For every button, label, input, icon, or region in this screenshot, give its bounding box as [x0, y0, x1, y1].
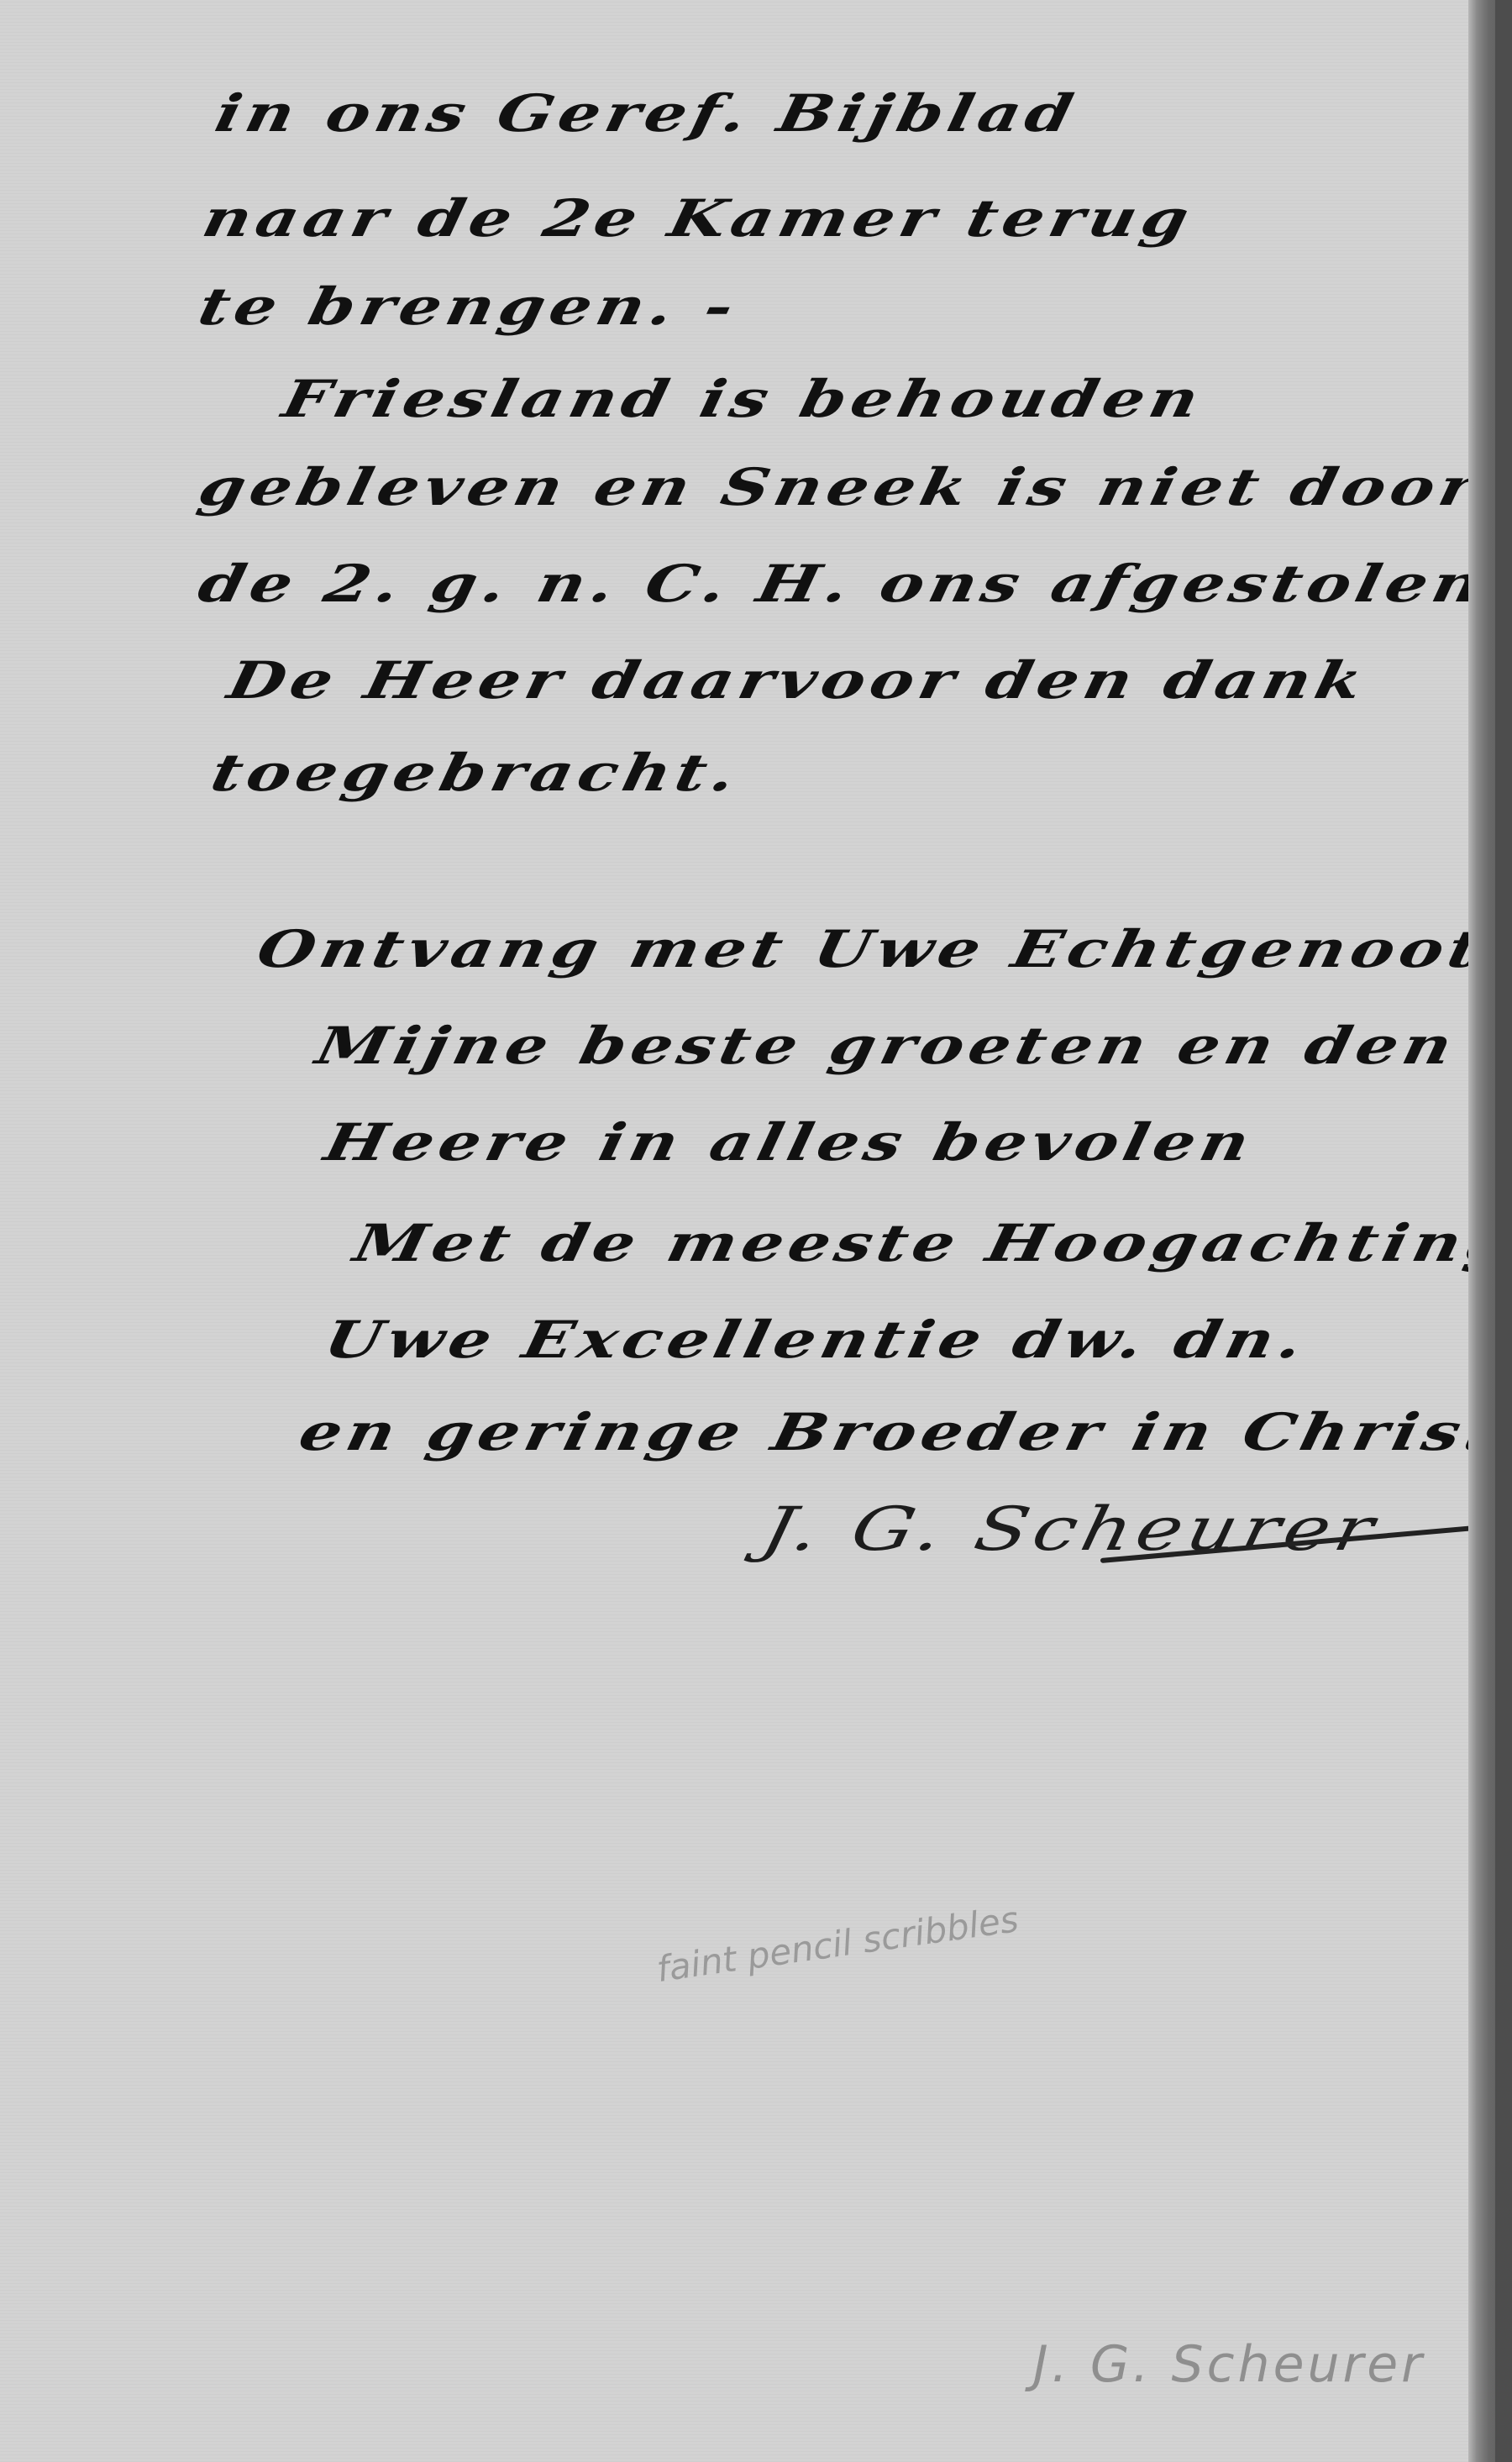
closing-line-4: Met de meeste Hoogachting [349, 1214, 1512, 1273]
pencil-marks: faint pencil scribbles [654, 1898, 1021, 1990]
signature: J. G. Scheurer [756, 1494, 1385, 1564]
body-line-4: Friesland is behouden [277, 370, 1209, 429]
body-line-8: toegebracht. [206, 743, 746, 803]
body-line-7: De Heer daarvoor den dank [223, 651, 1373, 711]
closing-line-2: Mijne beste groeten en den [311, 1016, 1462, 1076]
closing-line-5: Uwe Excellentie dw. dn. [319, 1310, 1313, 1370]
body-line-5: gebleven en Sneek is niet door [193, 458, 1485, 517]
letter-page: in ons Geref. Bijblad naar de 2e Kamer t… [0, 0, 1478, 2462]
closing-line-6: en geringe Broeder in Christus [294, 1403, 1512, 1462]
page-edge-dark [1495, 0, 1512, 2462]
body-line-6: de 2. g. n. C. H. ons afgestolen. [193, 554, 1512, 614]
body-line-1: in ons Geref. Bijblad [210, 84, 1083, 144]
body-line-3: te brengen. - [193, 277, 743, 337]
closing-line-3: Heere in alles bevolen [319, 1113, 1259, 1173]
closing-line-1: Ontvang met Uwe Echtgenoote [252, 920, 1512, 979]
body-line-2: naar de 2e Kamer terug [197, 189, 1199, 249]
pencil-annotation: J. G. Scheurer [1033, 2335, 1425, 2394]
